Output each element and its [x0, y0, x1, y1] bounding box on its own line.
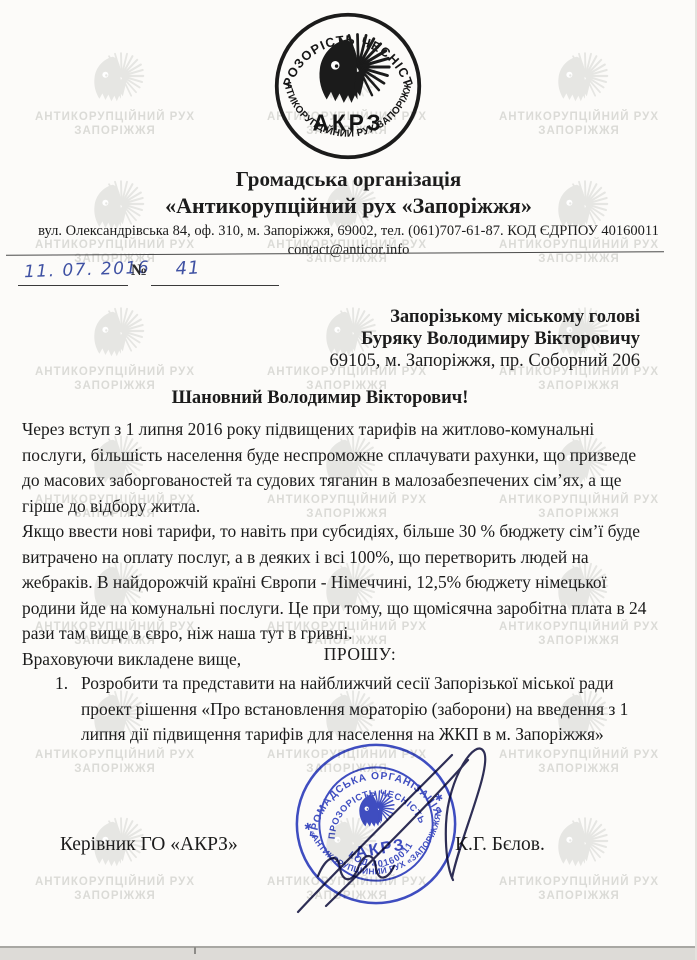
letterhead: Громадська організація «Антикорупційний … — [0, 166, 697, 260]
logo-acronym: АКРЗ — [313, 110, 384, 136]
scanned-letter-page: АНТИКОРУПЦІЙНИЙ РУХЗАПОРІЖЖЯАНТИКОРУПЦІЙ… — [0, 0, 697, 960]
handwritten-signature — [280, 728, 520, 923]
watermark-text-line1: АНТИКОРУПЦІЙНИЙ РУХ — [20, 110, 210, 124]
number-underline — [151, 285, 279, 286]
number-sign: № — [131, 262, 147, 280]
watermark-text-line1: АНТИКОРУПЦІЙНИЙ РУХ — [20, 875, 210, 889]
watermark-eagle-icon — [85, 307, 145, 361]
recipient-block: Запорізькому міському голові Буряку Воло… — [329, 306, 640, 372]
watermark-eagle-icon — [549, 52, 609, 106]
recipient-name: Буряку Володимиру Вікторовичу — [329, 328, 640, 350]
org-name: «Антикорупційний рух «Запоріжжя» — [0, 192, 697, 220]
date-number-row: 11. 07. 2016 № 41 — [18, 257, 348, 291]
watermark-eagle-icon — [85, 52, 145, 106]
letter-body: Через вступ з 1 липня 2016 року підвищен… — [22, 417, 650, 672]
request-item-number: 1. — [55, 671, 81, 748]
watermark-unit: АНТИКОРУПЦІЙНИЙ РУХЗАПОРІЖЖЯ — [20, 52, 210, 138]
watermark-unit: АНТИКОРУПЦІЙНИЙ РУХЗАПОРІЖЖЯ — [484, 52, 674, 138]
paragraph-1: Через вступ з 1 липня 2016 року підвищен… — [22, 417, 650, 519]
paragraph-2: Якщо ввести нові тарифи, то навіть при с… — [22, 519, 650, 647]
scan-edge-mark — [194, 947, 196, 954]
watermark-text-line2: ЗАПОРІЖЖЯ — [20, 889, 210, 903]
org-address: вул. Олександрівська 84, оф. 310, м. Зап… — [0, 222, 697, 241]
organization-seal-logo: ПРОЗОРІСТЬ ЧЕСНІСТЬ АНТИКОРУПЦІЙНИЙ РУХ … — [272, 10, 424, 162]
recipient-title: Запорізькому міському голові — [329, 306, 640, 328]
watermark-text-line2: ЗАПОРІЖЖЯ — [20, 124, 210, 138]
watermark-eagle-icon — [549, 817, 609, 871]
request-heading: ПРОШУ: — [0, 644, 697, 665]
watermark-text-line2: ЗАПОРІЖЖЯ — [484, 124, 674, 138]
watermark-text-line2: ЗАПОРІЖЖЯ — [20, 762, 210, 776]
salutation: Шановний Володимир Вікторович! — [90, 388, 550, 409]
watermark-text-line1: АНТИКОРУПЦІЙНИЙ РУХ — [20, 748, 210, 762]
date-underline — [18, 285, 128, 286]
watermark-unit: АНТИКОРУПЦІЙНИЙ РУХЗАПОРІЖЖЯ — [20, 817, 210, 903]
watermark-unit: АНТИКОРУПЦІЙНИЙ РУХЗАПОРІЖЖЯ — [20, 307, 210, 393]
handwritten-number: 41 — [152, 256, 223, 281]
watermark-text-line1: АНТИКОРУПЦІЙНИЙ РУХ — [20, 365, 210, 379]
watermark-text-line1: АНТИКОРУПЦІЙНИЙ РУХ — [484, 110, 674, 124]
signer-title: Керівник ГО «АКРЗ» — [60, 834, 238, 856]
org-type: Громадська організація — [0, 166, 697, 192]
scan-bottom-edge — [0, 946, 697, 960]
recipient-address: 69105, м. Запоріжжя, пр. Соборний 206 — [329, 350, 640, 372]
